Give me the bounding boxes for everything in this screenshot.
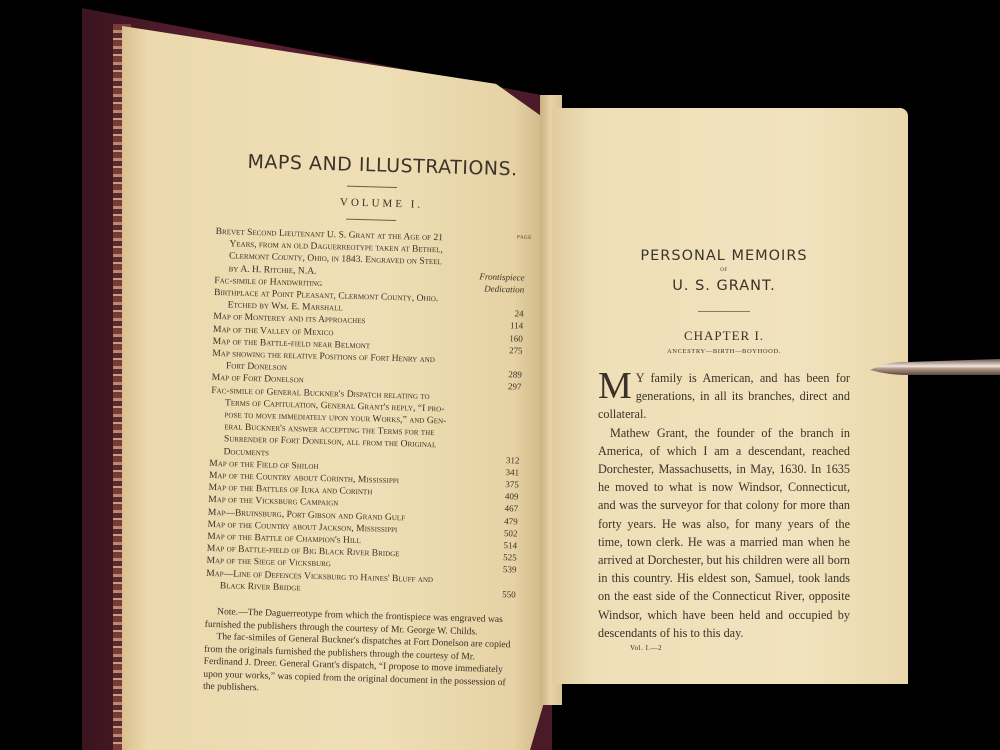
toc-page-number: 297	[493, 380, 521, 393]
left-page-content: MAPS AND ILLUSTRATIONS. VOLUME I. PAGE B…	[203, 150, 528, 702]
toc-page-number: 550	[488, 588, 516, 601]
toc-page-number: 114	[495, 319, 523, 332]
toc-page-number: 289	[494, 368, 522, 381]
toc-page-number: 341	[491, 466, 519, 479]
title-rule	[698, 311, 750, 312]
paragraph-2: Mathew Grant, the founder of the branch …	[598, 424, 850, 642]
note-paragraph-2: The fac-similes of General Buckner's dis…	[203, 631, 515, 702]
signature-folio: Vol. I.—2	[630, 644, 850, 652]
chapter-heading: CHAPTER I.	[598, 328, 850, 344]
toc-page-number: 514	[489, 539, 517, 552]
toc-page-number: 160	[495, 331, 523, 344]
toc-page-number: 275	[494, 344, 522, 357]
title-of: OF	[598, 268, 850, 273]
chapter-subtitle: ANCESTRY—BIRTH—BOYHOOD.	[598, 348, 850, 355]
drop-cap: M	[598, 371, 632, 401]
volume-rule	[346, 219, 396, 221]
toc-page-number: 467	[490, 502, 518, 515]
volume-label: VOLUME I.	[236, 194, 526, 214]
toc-page-number: 312	[491, 453, 519, 466]
title-rule	[347, 186, 397, 188]
toc-page-number: 502	[489, 527, 517, 540]
book-title: PERSONAL MEMOIRS	[598, 248, 850, 264]
toc-page-number: 409	[490, 490, 518, 503]
toc-page-number: 24	[495, 307, 523, 320]
toc-page-number: Dedication	[484, 282, 524, 295]
letter-opener-blade	[868, 357, 1000, 379]
illustrations-list: PAGE Brevet Second Lieutenant U. S. Gran…	[206, 226, 526, 601]
paragraph-1-text: Y family is American, and has been for g…	[598, 371, 850, 421]
toc-page-number: 479	[490, 514, 518, 527]
toc-page-number: 375	[491, 478, 519, 491]
toc-page-number: 539	[488, 563, 516, 576]
chapter-body: MY family is American, and has been for …	[598, 369, 850, 642]
publisher-note: Note.—The Daguerreotype from which the f…	[203, 606, 515, 702]
book-author: U. S. GRANT.	[598, 278, 850, 294]
toc-page-number: 525	[489, 551, 517, 564]
paragraph-1: MY family is American, and has been for …	[598, 369, 850, 424]
right-page-content: PERSONAL MEMOIRS OF U. S. GRANT. CHAPTER…	[598, 248, 850, 652]
